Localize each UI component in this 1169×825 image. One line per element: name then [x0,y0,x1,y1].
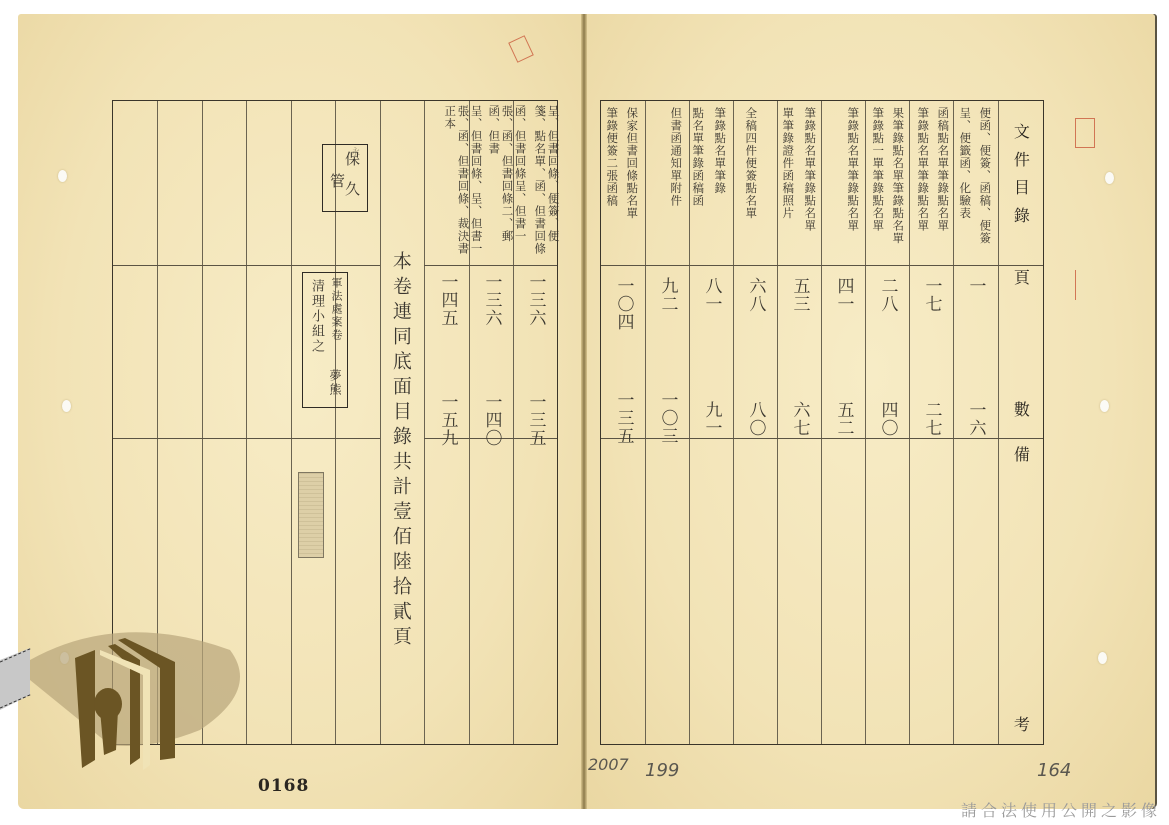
entry-desc: 果筆錄點名單筆錄點名單 [891,107,904,245]
header-document-catalogue: 文件目錄 [1011,123,1029,235]
entry-desc: 呈、但書回條、便簽、便箋、點名單、函、但書回條 [533,105,559,263]
page-end: 一四〇 [481,393,501,447]
entry-desc: 筆錄點名單筆錄點名單 [803,107,816,232]
page-start: 一 [965,277,985,295]
binding-hole [62,400,71,412]
catalogue-table-right: 文件目錄 頁 數 備 考 便函、便簽、函稿、便簽 呈、便籤函、化驗表 函稿點名單… [600,100,1044,745]
page-end: 一〇三 [657,391,677,445]
entry-desc: 但書函通知單附件 [669,107,682,207]
page-start: 一四五 [437,273,457,327]
archive-logo-icon [0,620,250,780]
page-end: 九一 [701,401,721,437]
page-start: 四一 [833,277,853,313]
page-start: 二八 [877,277,897,313]
entry-desc: 函、但書回條呈、但書一張、函、但書回條二、郵函、但書 [487,105,527,263]
binding-hole [1100,400,1109,412]
binding-hole [1098,652,1107,664]
closing-note: 本卷連同底面目錄共計壹佰陸拾貳頁 [389,251,411,651]
serial-number: 0168 [258,776,309,796]
page-end: 一五九 [437,393,457,447]
header-page-char: 頁 [1011,269,1029,286]
archive-seal [298,472,324,558]
page-end: 五二 [833,401,853,437]
header-count-char: 數 [1011,401,1029,418]
pencil-note-left: 2007 [588,755,629,774]
entry-desc: 單筆錄證件函稿照片 [781,107,794,220]
entry-desc: 筆錄點名單筆錄點名單 [916,107,929,232]
page-end: 二七 [921,401,941,437]
page-start: 六八 [745,277,765,313]
binding-hole [58,170,67,182]
page-start: 一三六 [525,273,545,327]
retention-stamp: 保 管 久 永 [322,144,368,212]
header-remarks-top: 備 [1011,446,1029,463]
entry-desc: 全稿四件便簽點名單 [744,107,757,220]
header-remarks-bottom: 考 [1011,716,1029,733]
entry-desc: 呈、但書回條、呈、但書一張、函、但書回條、裁決書正本 [443,105,483,263]
entry-desc: 呈、便籤函、化驗表 [958,107,971,220]
page-start: 一七 [921,277,941,313]
page-end: 六七 [789,401,809,437]
page-end: 四〇 [877,401,897,437]
entry-desc: 函稿點名單筆錄點名單 [936,107,949,232]
entry-desc: 保家但書回條點名單 [625,107,638,220]
usage-watermark: 請合法使用公開之影像 [961,798,1161,821]
page-start: 五三 [789,277,809,313]
cleanup-group-stamp: 清理小組之 軍法處案卷 夢熊 [302,272,348,408]
page-end: 一三五 [613,391,633,445]
page-start: 一三六 [481,273,501,327]
document-spread: 文件目錄 頁 數 備 考 便函、便簽、函稿、便簽 呈、便籤函、化驗表 函稿點名單… [0,0,1169,825]
page-end: 一六 [965,401,985,437]
binding-hole [1105,172,1114,184]
entry-desc: 筆錄點一單筆錄點名單 [871,107,884,232]
red-seal-right-top [1075,118,1095,148]
page-end: 八〇 [745,401,765,437]
entry-desc: 點名單筆錄函稿函 [691,107,704,207]
binding-fold [581,14,587,809]
entry-desc: 便函、便簽、函稿、便簽 [978,107,991,245]
page-start: 一〇四 [613,277,633,331]
page-end: 一三五 [525,393,545,447]
entry-desc: 筆錄點名單筆錄點名單 [846,107,859,232]
red-seal-right-mid [1075,270,1086,300]
pencil-note-center: 199 [645,760,679,781]
page-start: 八一 [701,277,721,313]
entry-desc: 筆錄便簽二張函稿 [605,107,618,207]
page-start: 九二 [657,277,677,313]
pencil-note-right: 164 [1037,760,1071,781]
entry-desc: 筆錄點名單筆錄 [713,107,726,195]
